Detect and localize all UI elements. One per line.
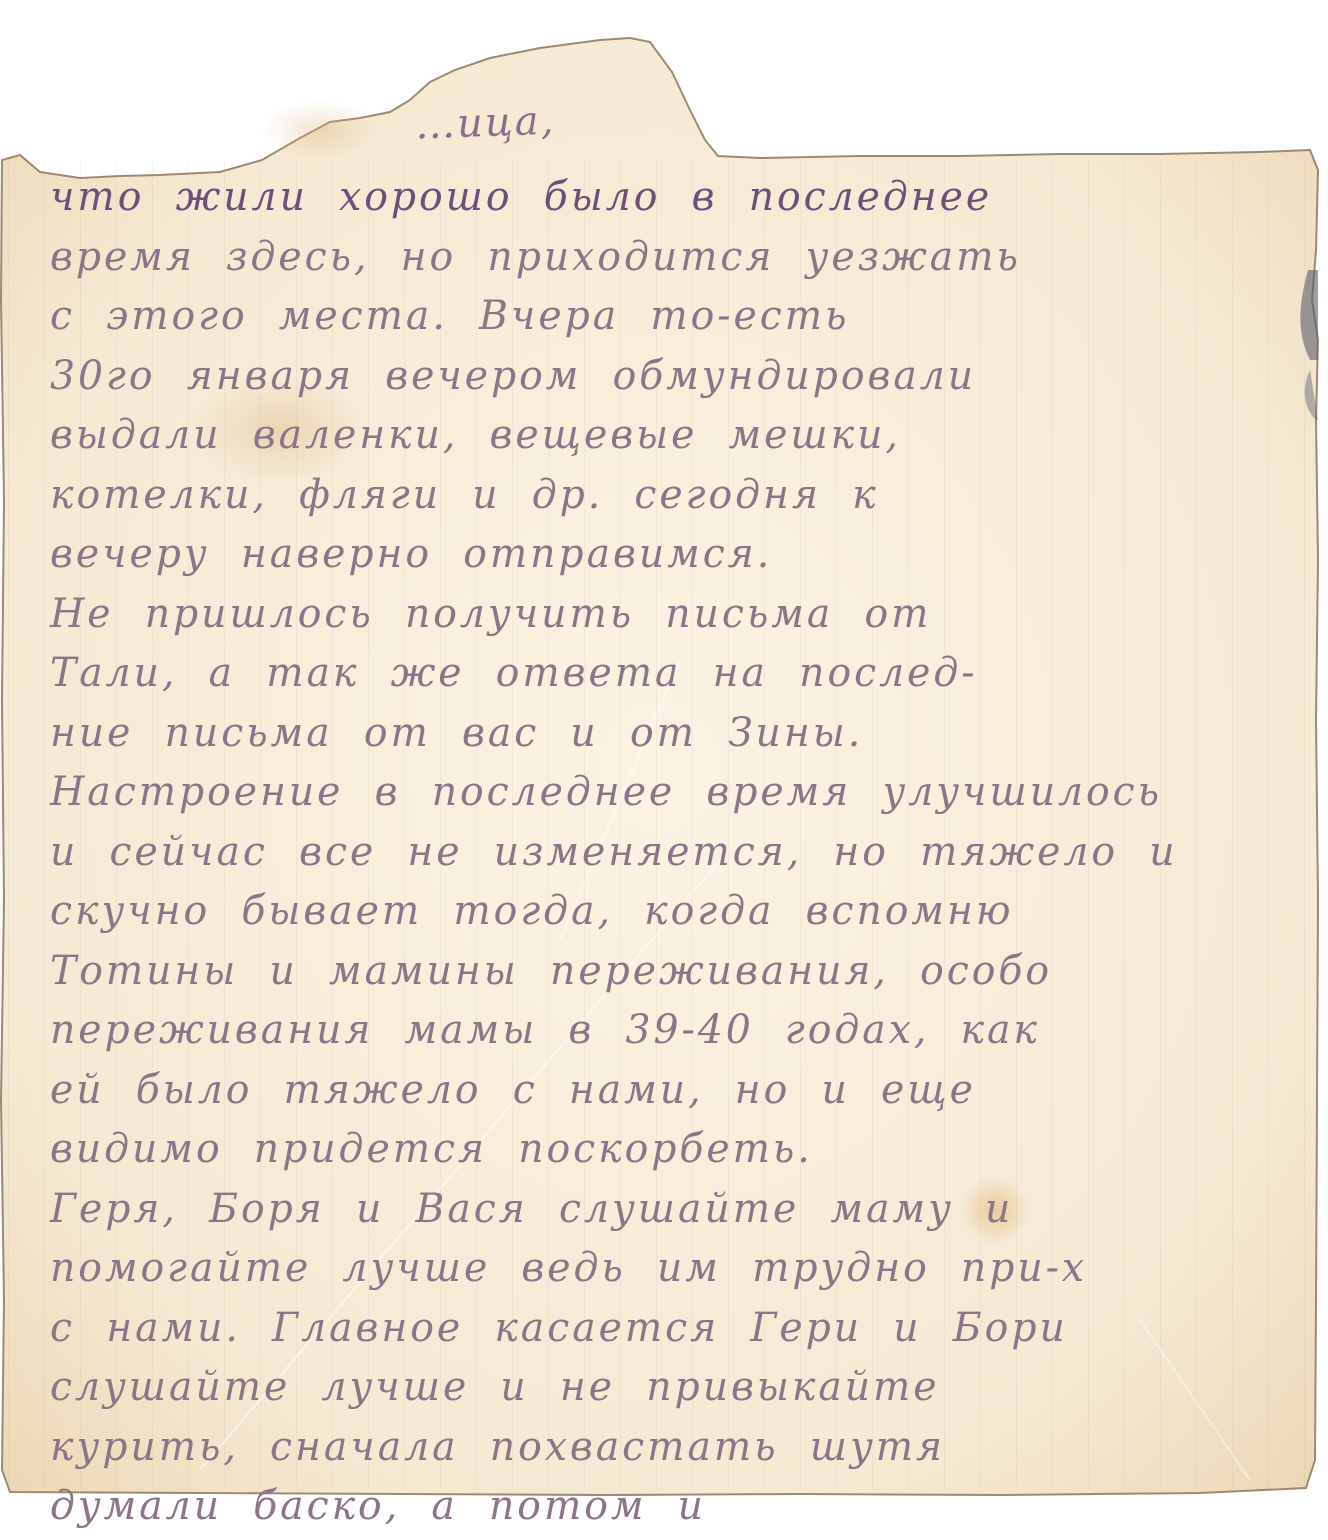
letter-line: время здесь, но приходится уезжать bbox=[50, 228, 1290, 288]
torn-fragment-text: …ица, bbox=[414, 98, 556, 149]
letter-line: Тотины и мамины переживания, особо bbox=[50, 942, 1290, 1002]
letter-line: переживания мамы в 39-40 годах, как bbox=[50, 1001, 1290, 1061]
letter-line: ей было тяжело с нами, но и еще bbox=[50, 1061, 1290, 1121]
letter-line: выдали валенки, вещевые мешки, bbox=[50, 406, 1290, 466]
letter-line: 30го января вечером обмундировали bbox=[50, 347, 1290, 407]
letter-line: котелки, фляги и др. сегодня к bbox=[50, 466, 1290, 526]
letter-line: Не пришлось получить письма от bbox=[50, 585, 1290, 645]
letter-line: видимо придется поскорбеть. bbox=[50, 1120, 1290, 1180]
letter-line: помогайте лучше ведь им трудно при-х bbox=[50, 1239, 1290, 1299]
letter-line: Настроение в последнее время улучшилось bbox=[50, 763, 1290, 823]
letter-page: …ица, что жили хорошо было в последнее в… bbox=[0, 0, 1328, 1540]
letter-line: курить, сначала похвастать шутя bbox=[50, 1418, 1290, 1478]
letter-line: Геря, Боря и Вася слушайте маму и bbox=[50, 1180, 1290, 1240]
letter-line: думали баско, а потом и bbox=[50, 1477, 1290, 1537]
letter-line: с этого места. Вчера то-есть bbox=[50, 287, 1290, 347]
letter-line: с нами. Главное касается Гери и Бори bbox=[50, 1299, 1290, 1359]
letter-line: слушайте лучше и не привыкайте bbox=[50, 1358, 1290, 1418]
letter-line: скучно бывает тогда, когда вспомню bbox=[50, 882, 1290, 942]
letter-line: что жили хорошо было в последнее bbox=[50, 168, 1290, 228]
letter-line: и сейчас все не изменяется, но тяжело и bbox=[50, 823, 1290, 883]
letter-line: Тали, а так же ответа на послед- bbox=[50, 644, 1290, 704]
letter-line: вечеру наверно отправимся. bbox=[50, 525, 1290, 585]
letter-line: ние письма от вас и от Зины. bbox=[50, 704, 1290, 764]
letter-body: что жили хорошо было в последнее время з… bbox=[50, 168, 1310, 1537]
